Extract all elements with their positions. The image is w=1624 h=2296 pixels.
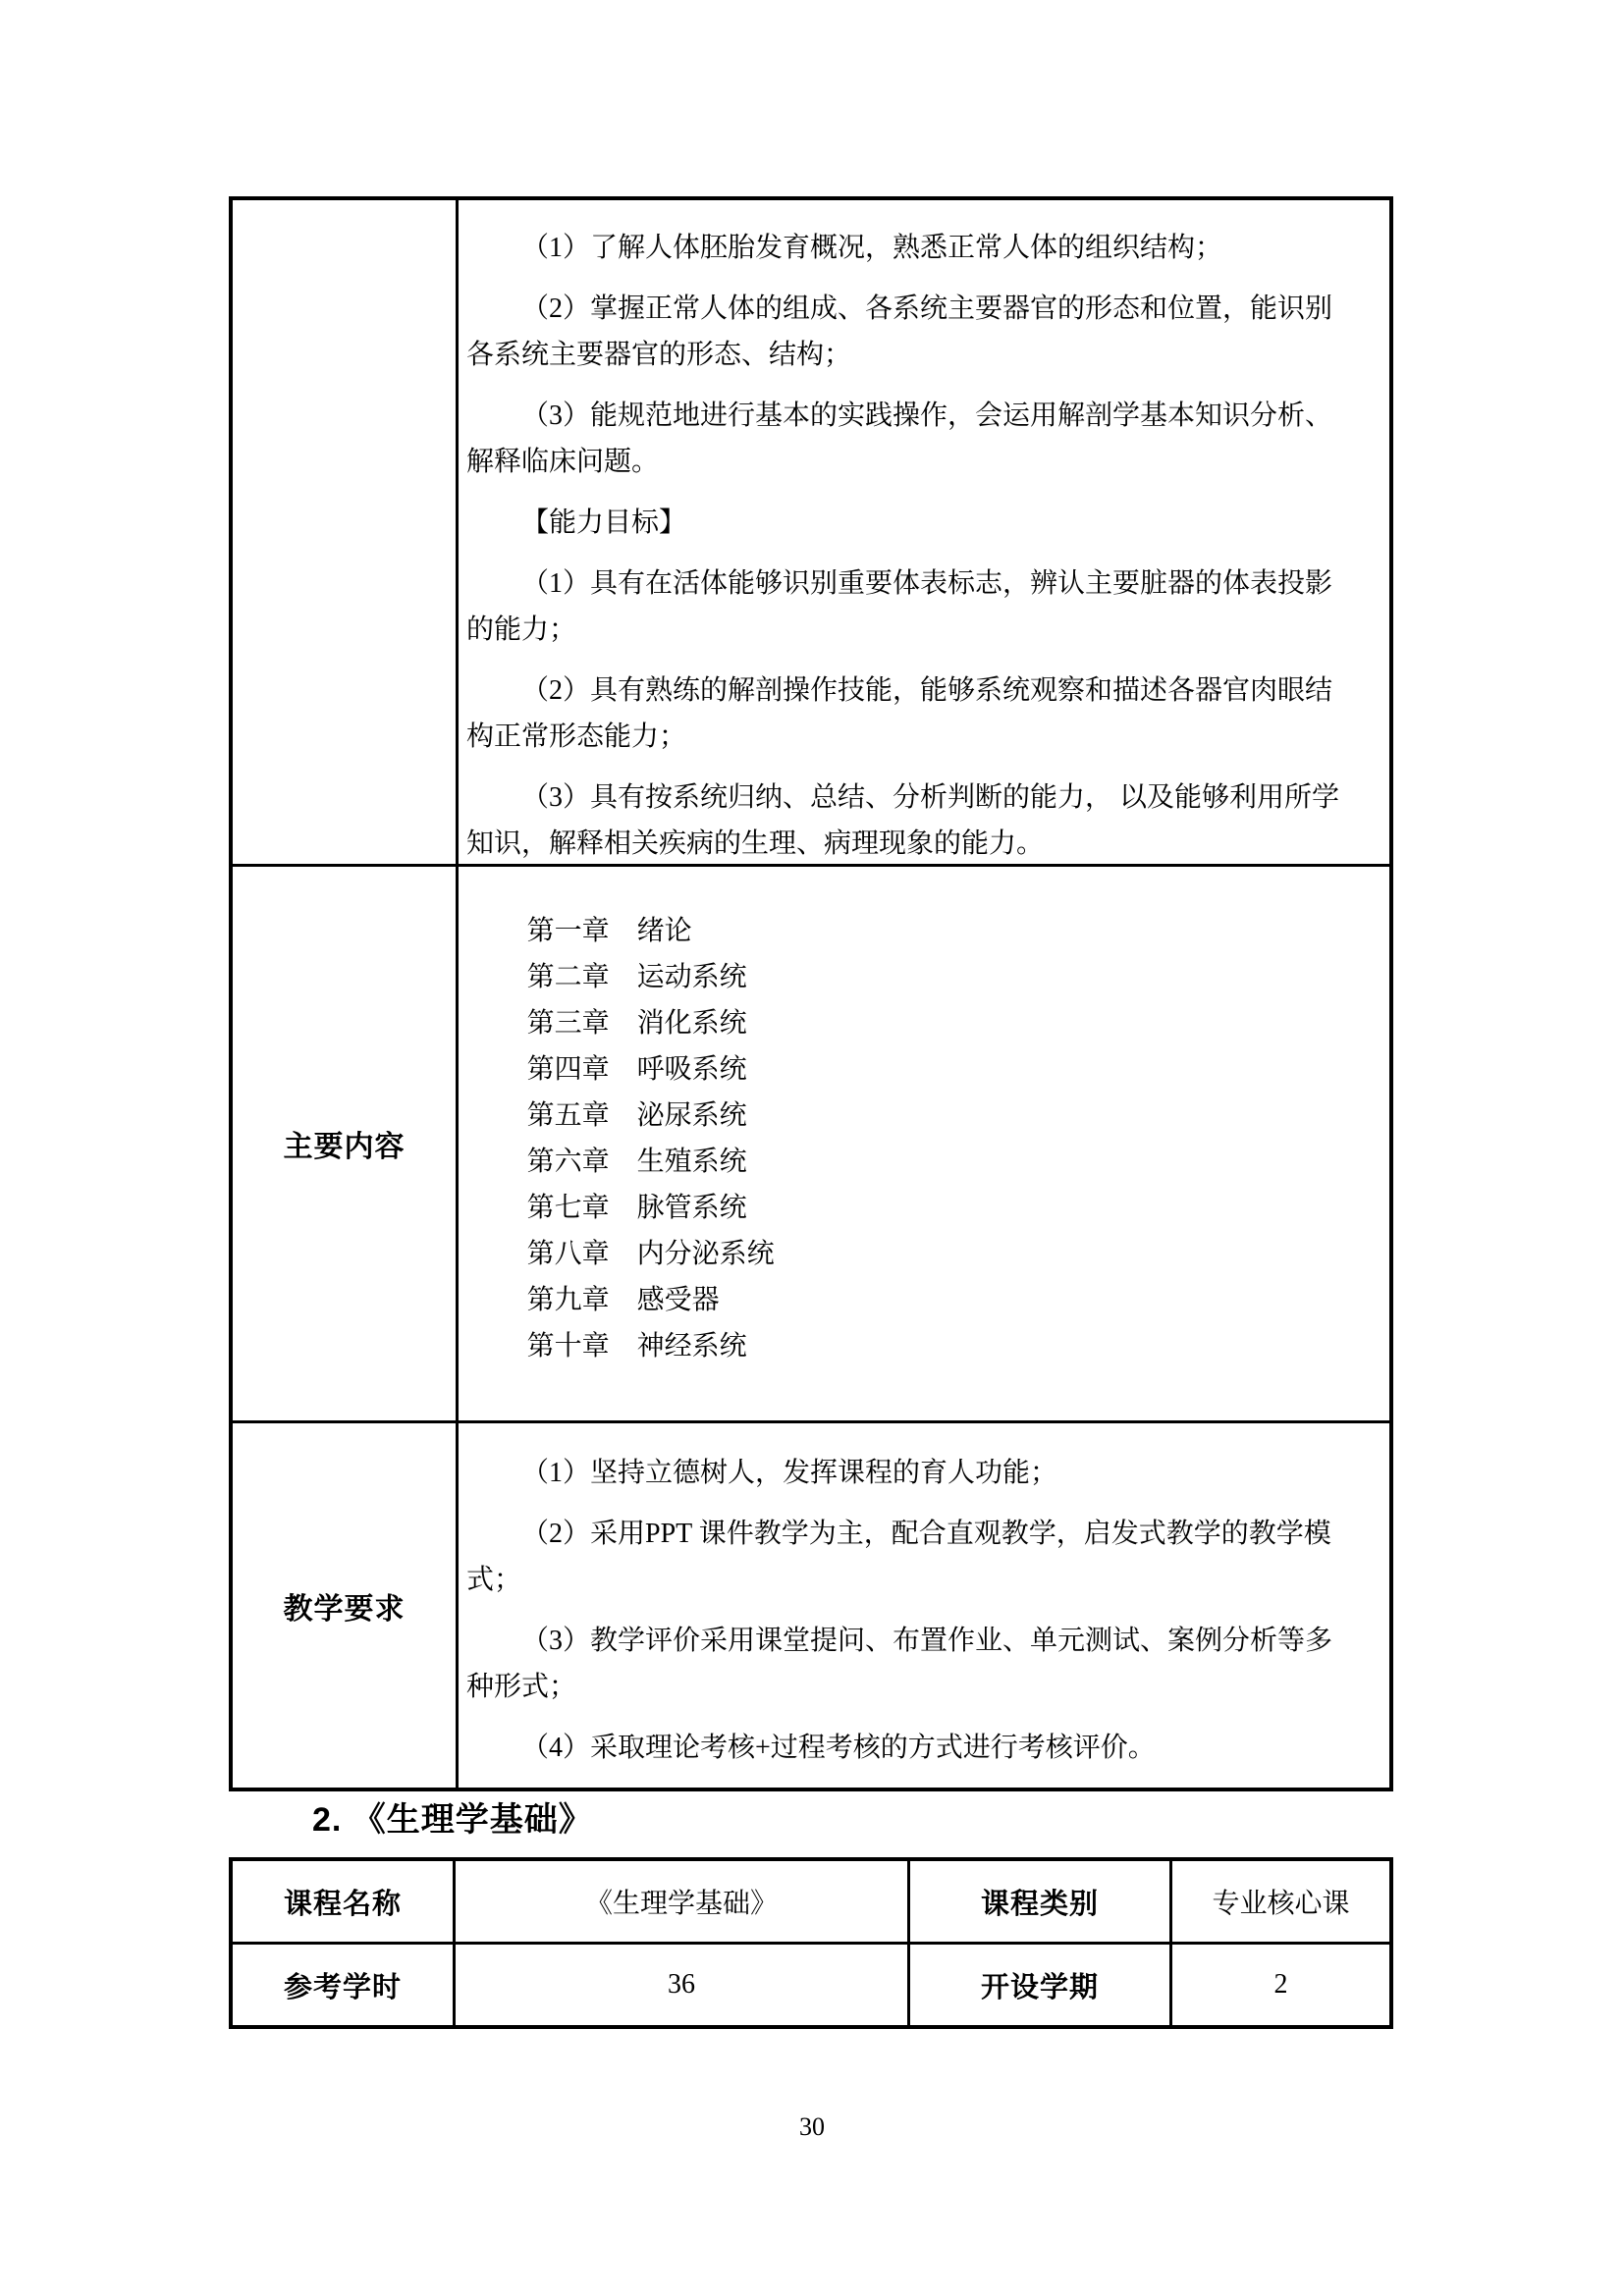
document-page: （1）了解人体胚胎发育概况，熟悉正常人体的组织结构； （2）掌握正常人体的组成、… bbox=[0, 0, 1624, 2296]
text-line: 构正常形态能力； bbox=[466, 714, 1380, 760]
text-line: （2）采用PPT 课件教学为主，配合直观教学，启发式教学的教学模 bbox=[466, 1511, 1380, 1557]
chapter-line: 第五章 泌尿系统 bbox=[466, 1093, 1380, 1139]
reference-hours-label: 参考学时 bbox=[233, 1945, 456, 2025]
course-name-value: 《生理学基础》 bbox=[456, 1861, 910, 1945]
course-category-value: 专业核心课 bbox=[1172, 1861, 1389, 1945]
text-line: （1）具有在活体能够识别重要体表标志，辨认主要脏器的体表投影 bbox=[466, 561, 1380, 607]
chapter-line: 第十章 神经系统 bbox=[466, 1323, 1380, 1369]
course-name-label: 课程名称 bbox=[233, 1861, 456, 1945]
objectives-content-cell: （1）了解人体胚胎发育概况，熟悉正常人体的组织结构； （2）掌握正常人体的组成、… bbox=[459, 200, 1389, 867]
section-heading: 2. 《生理学基础》 bbox=[229, 1792, 1393, 1851]
text-line: （2）掌握正常人体的组成、各系统主要器官的形态和位置，能识别 bbox=[466, 286, 1380, 332]
teaching-requirements-label: 教学要求 bbox=[233, 1423, 459, 1788]
chapter-line: 第六章 生殖系统 bbox=[466, 1139, 1380, 1185]
text-line: 种形式； bbox=[466, 1664, 1380, 1710]
text-line: （3）具有按系统归纳、总结、分析判断的能力， 以及能够利用所学 bbox=[466, 774, 1380, 821]
chapter-line: 第九章 感受器 bbox=[466, 1277, 1380, 1323]
chapter-line: 第四章 呼吸系统 bbox=[466, 1046, 1380, 1093]
semester-value: 2 bbox=[1172, 1945, 1389, 2025]
text-line: （1）了解人体胚胎发育概况，熟悉正常人体的组织结构； bbox=[466, 225, 1380, 271]
teaching-requirements-cell: （1）坚持立德树人，发挥课程的育人功能； （2）采用PPT 课件教学为主，配合直… bbox=[459, 1423, 1389, 1788]
text-line: 解释临床问题。 bbox=[466, 439, 1380, 485]
chapter-line: 第二章 运动系统 bbox=[466, 954, 1380, 1000]
main-content-cell: 第一章 绪论 第二章 运动系统 第三章 消化系统 第四章 呼吸系统 第五章 泌尿… bbox=[459, 867, 1389, 1423]
text-line: （3）能规范地进行基本的实践操作，会运用解剖学基本知识分析、 bbox=[466, 393, 1380, 439]
text-line: （4）采取理论考核+过程考核的方式进行考核评价。 bbox=[466, 1725, 1380, 1771]
course-info-table: 课程名称 《生理学基础》 课程类别 专业核心课 参考学时 36 开设学期 2 bbox=[229, 1857, 1393, 2029]
objectives-label-cell bbox=[233, 200, 459, 867]
text-line: 【能力目标】 bbox=[466, 500, 1380, 546]
semester-label: 开设学期 bbox=[910, 1945, 1172, 2025]
reference-hours-value: 36 bbox=[456, 1945, 910, 2025]
text-line: 式； bbox=[466, 1557, 1380, 1603]
text-line: （3）教学评价采用课堂提问、布置作业、单元测试、案例分析等多 bbox=[466, 1618, 1380, 1664]
chapter-line: 第一章 绪论 bbox=[466, 908, 1380, 954]
chapter-line: 第三章 消化系统 bbox=[466, 1000, 1380, 1046]
syllabus-table: （1）了解人体胚胎发育概况，熟悉正常人体的组织结构； （2）掌握正常人体的组成、… bbox=[229, 196, 1393, 1791]
text-line: 知识，解释相关疾病的生理、病理现象的能力。 bbox=[466, 821, 1380, 867]
main-content-label: 主要内容 bbox=[233, 867, 459, 1423]
text-line: （2）具有熟练的解剖操作技能，能够系统观察和描述各器官肉眼结 bbox=[466, 667, 1380, 714]
chapter-line: 第七章 脉管系统 bbox=[466, 1185, 1380, 1231]
text-line: 的能力； bbox=[466, 607, 1380, 653]
course-category-label: 课程类别 bbox=[910, 1861, 1172, 1945]
page-number: 30 bbox=[0, 2112, 1624, 2142]
chapter-line: 第八章 内分泌系统 bbox=[466, 1231, 1380, 1277]
text-line: （1）坚持立德树人，发挥课程的育人功能； bbox=[466, 1450, 1380, 1496]
text-line: 各系统主要器官的形态、结构； bbox=[466, 332, 1380, 378]
